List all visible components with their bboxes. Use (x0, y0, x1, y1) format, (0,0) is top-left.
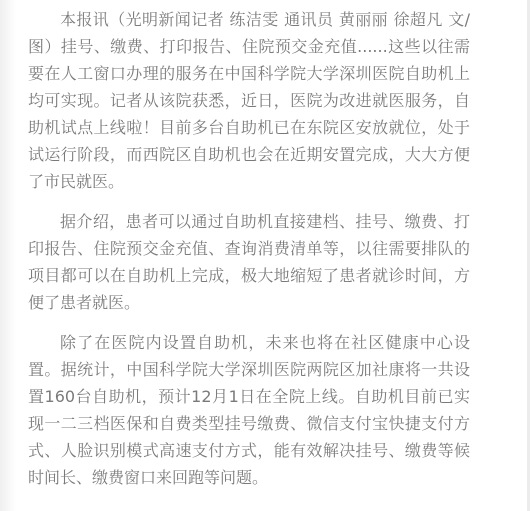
article-paragraph-3: 除了在医院内设置自助机，未来也将在社区健康中心设置。据统计，中国科学院大学深圳医… (28, 329, 470, 491)
article-paragraph-lead: 本报讯（光明新闻记者 练洁雯 通讯员 黄丽丽 徐超凡 文/图）挂号、缴费、打印报… (28, 6, 470, 195)
article-paragraph-2: 据介绍，患者可以通过自助机直接建档、挂号、缴费、打印报告、住院预交金充值、查询消… (28, 208, 470, 316)
news-article-body: 本报讯（光明新闻记者 练洁雯 通讯员 黄丽丽 徐超凡 文/图）挂号、缴费、打印报… (0, 0, 530, 504)
